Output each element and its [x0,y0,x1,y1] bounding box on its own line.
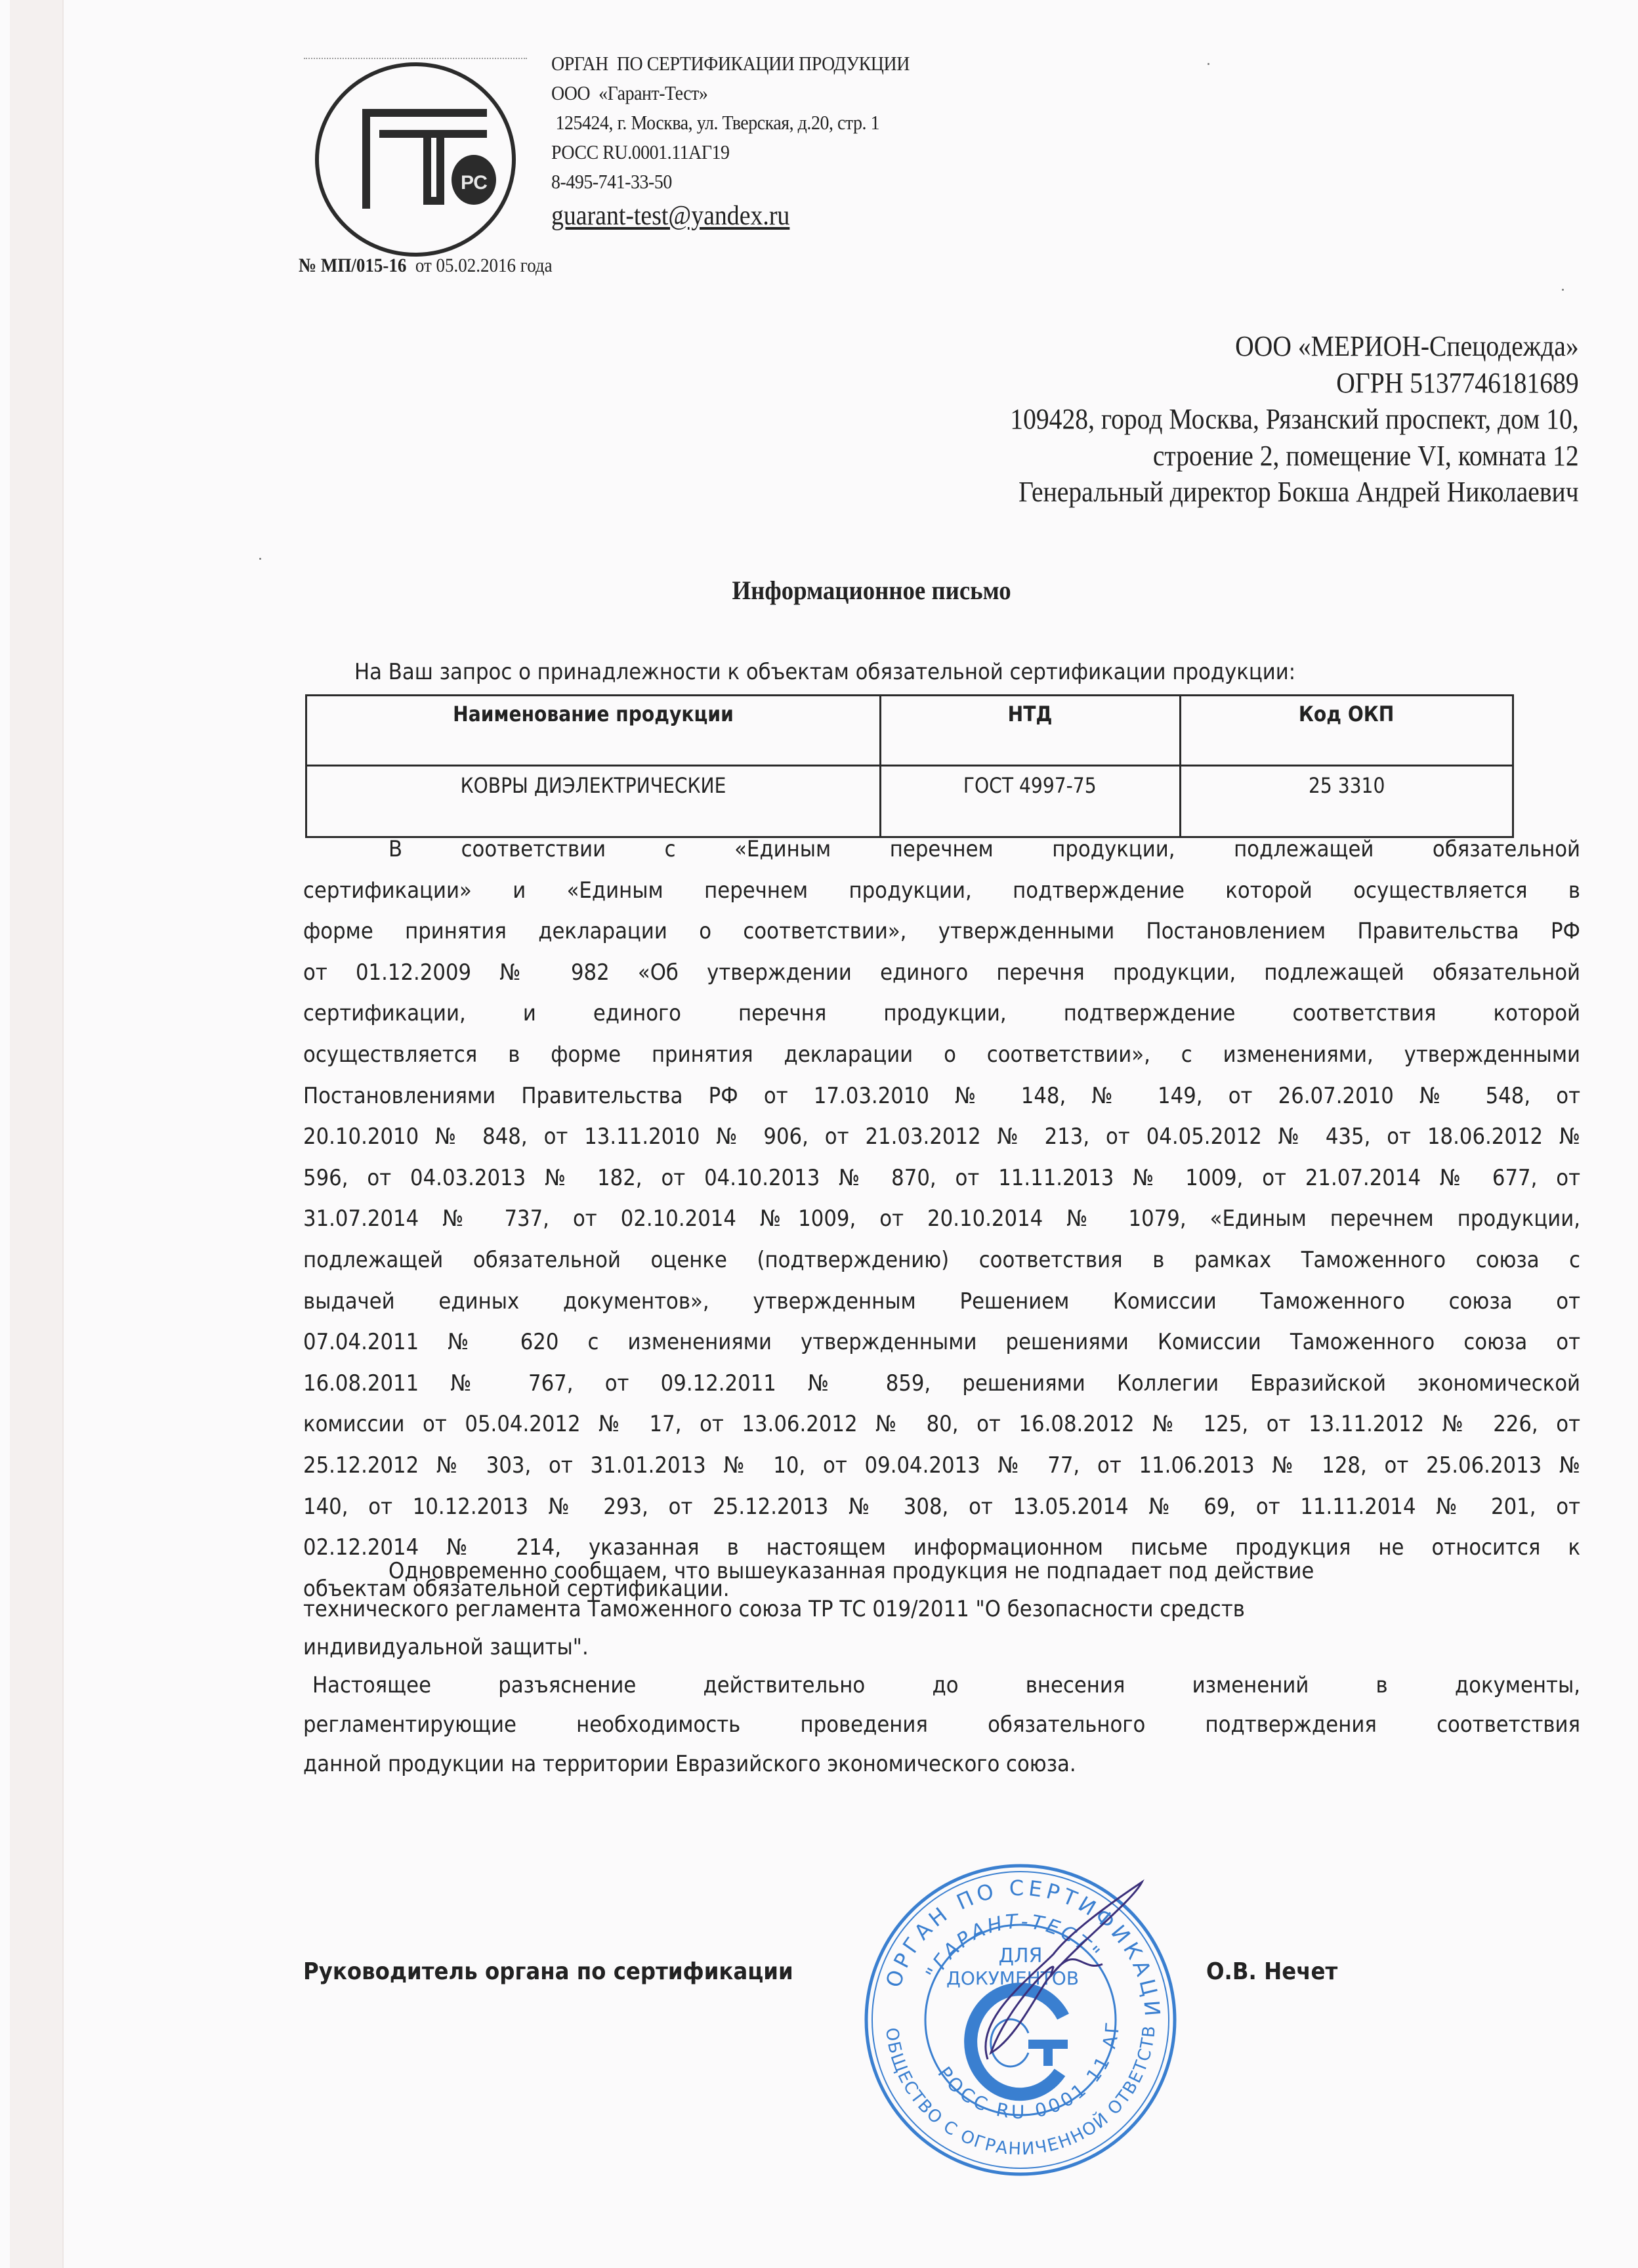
paragraph-line: выдачей единых документов», утвержденным… [303,1283,1580,1324]
issuer-line: ООО «Гарант-Тест» [551,78,910,108]
recipient-line: Генеральный директор Бокша Андрей Никола… [1011,474,1579,511]
issuer-line: 125424, г. Москва, ул. Тверская, д.20, с… [551,108,910,137]
product-table: Наименование продукции НТД Код ОКП КОВРЫ… [305,694,1514,838]
issuer-line: ОРГАН ПО СЕРТИФИКАЦИИ ПРОДУКЦИИ [551,49,910,78]
svg-text:ДЛЯ: ДЛЯ [999,1944,1043,1967]
paragraph-line: Постановлениями Правительства РФ от 17.0… [303,1078,1580,1119]
document-title: Информационное письмо [0,575,1638,606]
logo-sub-text: РС [461,172,488,194]
recipient-line: 109428, город Москва, Рязанский проспект… [1011,401,1579,438]
ref-date: от 05.02.2016 года [415,255,553,276]
ref-number: № МП/015-16 [299,255,406,276]
scan-speck [1207,63,1209,65]
paragraph-line: комиссии от 05.04.2012 № 17, от 13.06.20… [303,1406,1580,1447]
paragraph-line: 596, от 04.03.2013 № 182, от 04.10.2013 … [303,1160,1580,1201]
paragraph-line: осуществляется в форме принятия декларац… [303,1036,1580,1078]
column-header: Код ОКП [1180,696,1513,766]
paragraph-line: 140, от 10.12.2013 № 293, от 25.12.2013 … [303,1488,1580,1530]
table-row: КОВРЫ ДИЭЛЕКТРИЧЕСКИЕ ГОСТ 4997-75 25 33… [306,766,1513,837]
issuer-email-link[interactable]: guarant-test@yandex.ru [551,198,910,234]
scan-edge [10,0,64,2268]
paragraph-line: 16.08.2011 № 767, от 09.12.2011 № 859, р… [303,1365,1580,1406]
signatory-name: О.В. Нечет [1206,1958,1337,1985]
paragraph-line: индивидуальной защиты". [303,1629,1580,1667]
column-header: Наименование продукции [306,696,881,766]
scan-speck [1562,289,1564,291]
paragraph-line: подлежащей обязательной оценке (подтверж… [303,1242,1580,1283]
recipient-line: строение 2, помещение VI, комната 12 [1011,438,1579,474]
column-header: НТД [880,696,1180,766]
reference-number: № МП/015-16 от 05.02.2016 года [299,255,553,277]
paragraph-line: от 01.12.2009 № 982 «Об утверждении един… [303,954,1580,996]
paragraph-line: технического регламента Таможенного союз… [303,1591,1580,1629]
paragraph-line: 31.07.2014 № 737, от 02.10.2014 №1009, о… [303,1200,1580,1242]
intro-text: На Ваш запрос о принадлежности к объекта… [354,659,1295,685]
issuer-block: ОРГАН ПО СЕРТИФИКАЦИИ ПРОДУКЦИИ ООО «Гар… [551,49,950,234]
paragraph-line: форме принятия декларации о соответствии… [303,913,1580,954]
paragraph-line: 07.04.2011 № 620 с изменениями утвержден… [303,1324,1580,1365]
table-header-row: Наименование продукции НТД Код ОКП [306,696,1513,766]
paragraph-line: регламентирующие необходимость проведени… [303,1706,1580,1746]
validity-paragraph: Настоящее разъяснение действительно до в… [303,1667,1580,1785]
table-cell: 25 3310 [1180,766,1513,837]
recipient-line: ОГРН 5137746181689 [1011,365,1579,402]
issuer-line: РОСС RU.0001.11АГ19 [551,137,910,167]
paragraph-line: сертификации» и «Единым перечнем продукц… [303,872,1580,913]
recipient-block: ООО «МЕРИОН-Спецодежда» ОГРН 51377461816… [947,328,1579,511]
signatory-title: Руководитель органа по сертификации [303,1958,793,1985]
main-paragraph: В соответствии с «Единым перечнем продук… [303,831,1580,1611]
regulation-paragraph: Одновременно сообщаем, что вышеуказанная… [303,1553,1580,1667]
table-cell: ГОСТ 4997-75 [880,766,1180,837]
paragraph-line: В соответствии с «Единым перечнем продук… [303,831,1580,872]
recipient-line: ООО «МЕРИОН-Спецодежда» [1011,328,1579,365]
paragraph-line: 25.12.2012 № 303, от 31.01.2013 № 10, от… [303,1447,1580,1488]
issuer-line: 8-495-741-33-50 [551,167,910,196]
paragraph-line: 20.10.2010 № 848, от 13.11.2010 № 906, о… [303,1118,1580,1160]
paragraph-line: Одновременно сообщаем, что вышеуказанная… [303,1553,1580,1591]
paragraph-line: данной продукции на территории Евразийск… [303,1746,1580,1785]
paragraph-line: Настоящее разъяснение действительно до в… [303,1667,1580,1706]
paragraph-line: сертификации, и единого перечня продукци… [303,995,1580,1036]
table-cell: КОВРЫ ДИЭЛЕКТРИЧЕСКИЕ [306,766,881,837]
certification-logo-icon: РС [308,58,525,258]
company-seal-icon: ОРГАН ПО СЕРТИФИКАЦИИ ОБЩЕСТВО С ОГРАНИЧ… [856,1856,1185,2184]
scan-speck [259,558,261,560]
